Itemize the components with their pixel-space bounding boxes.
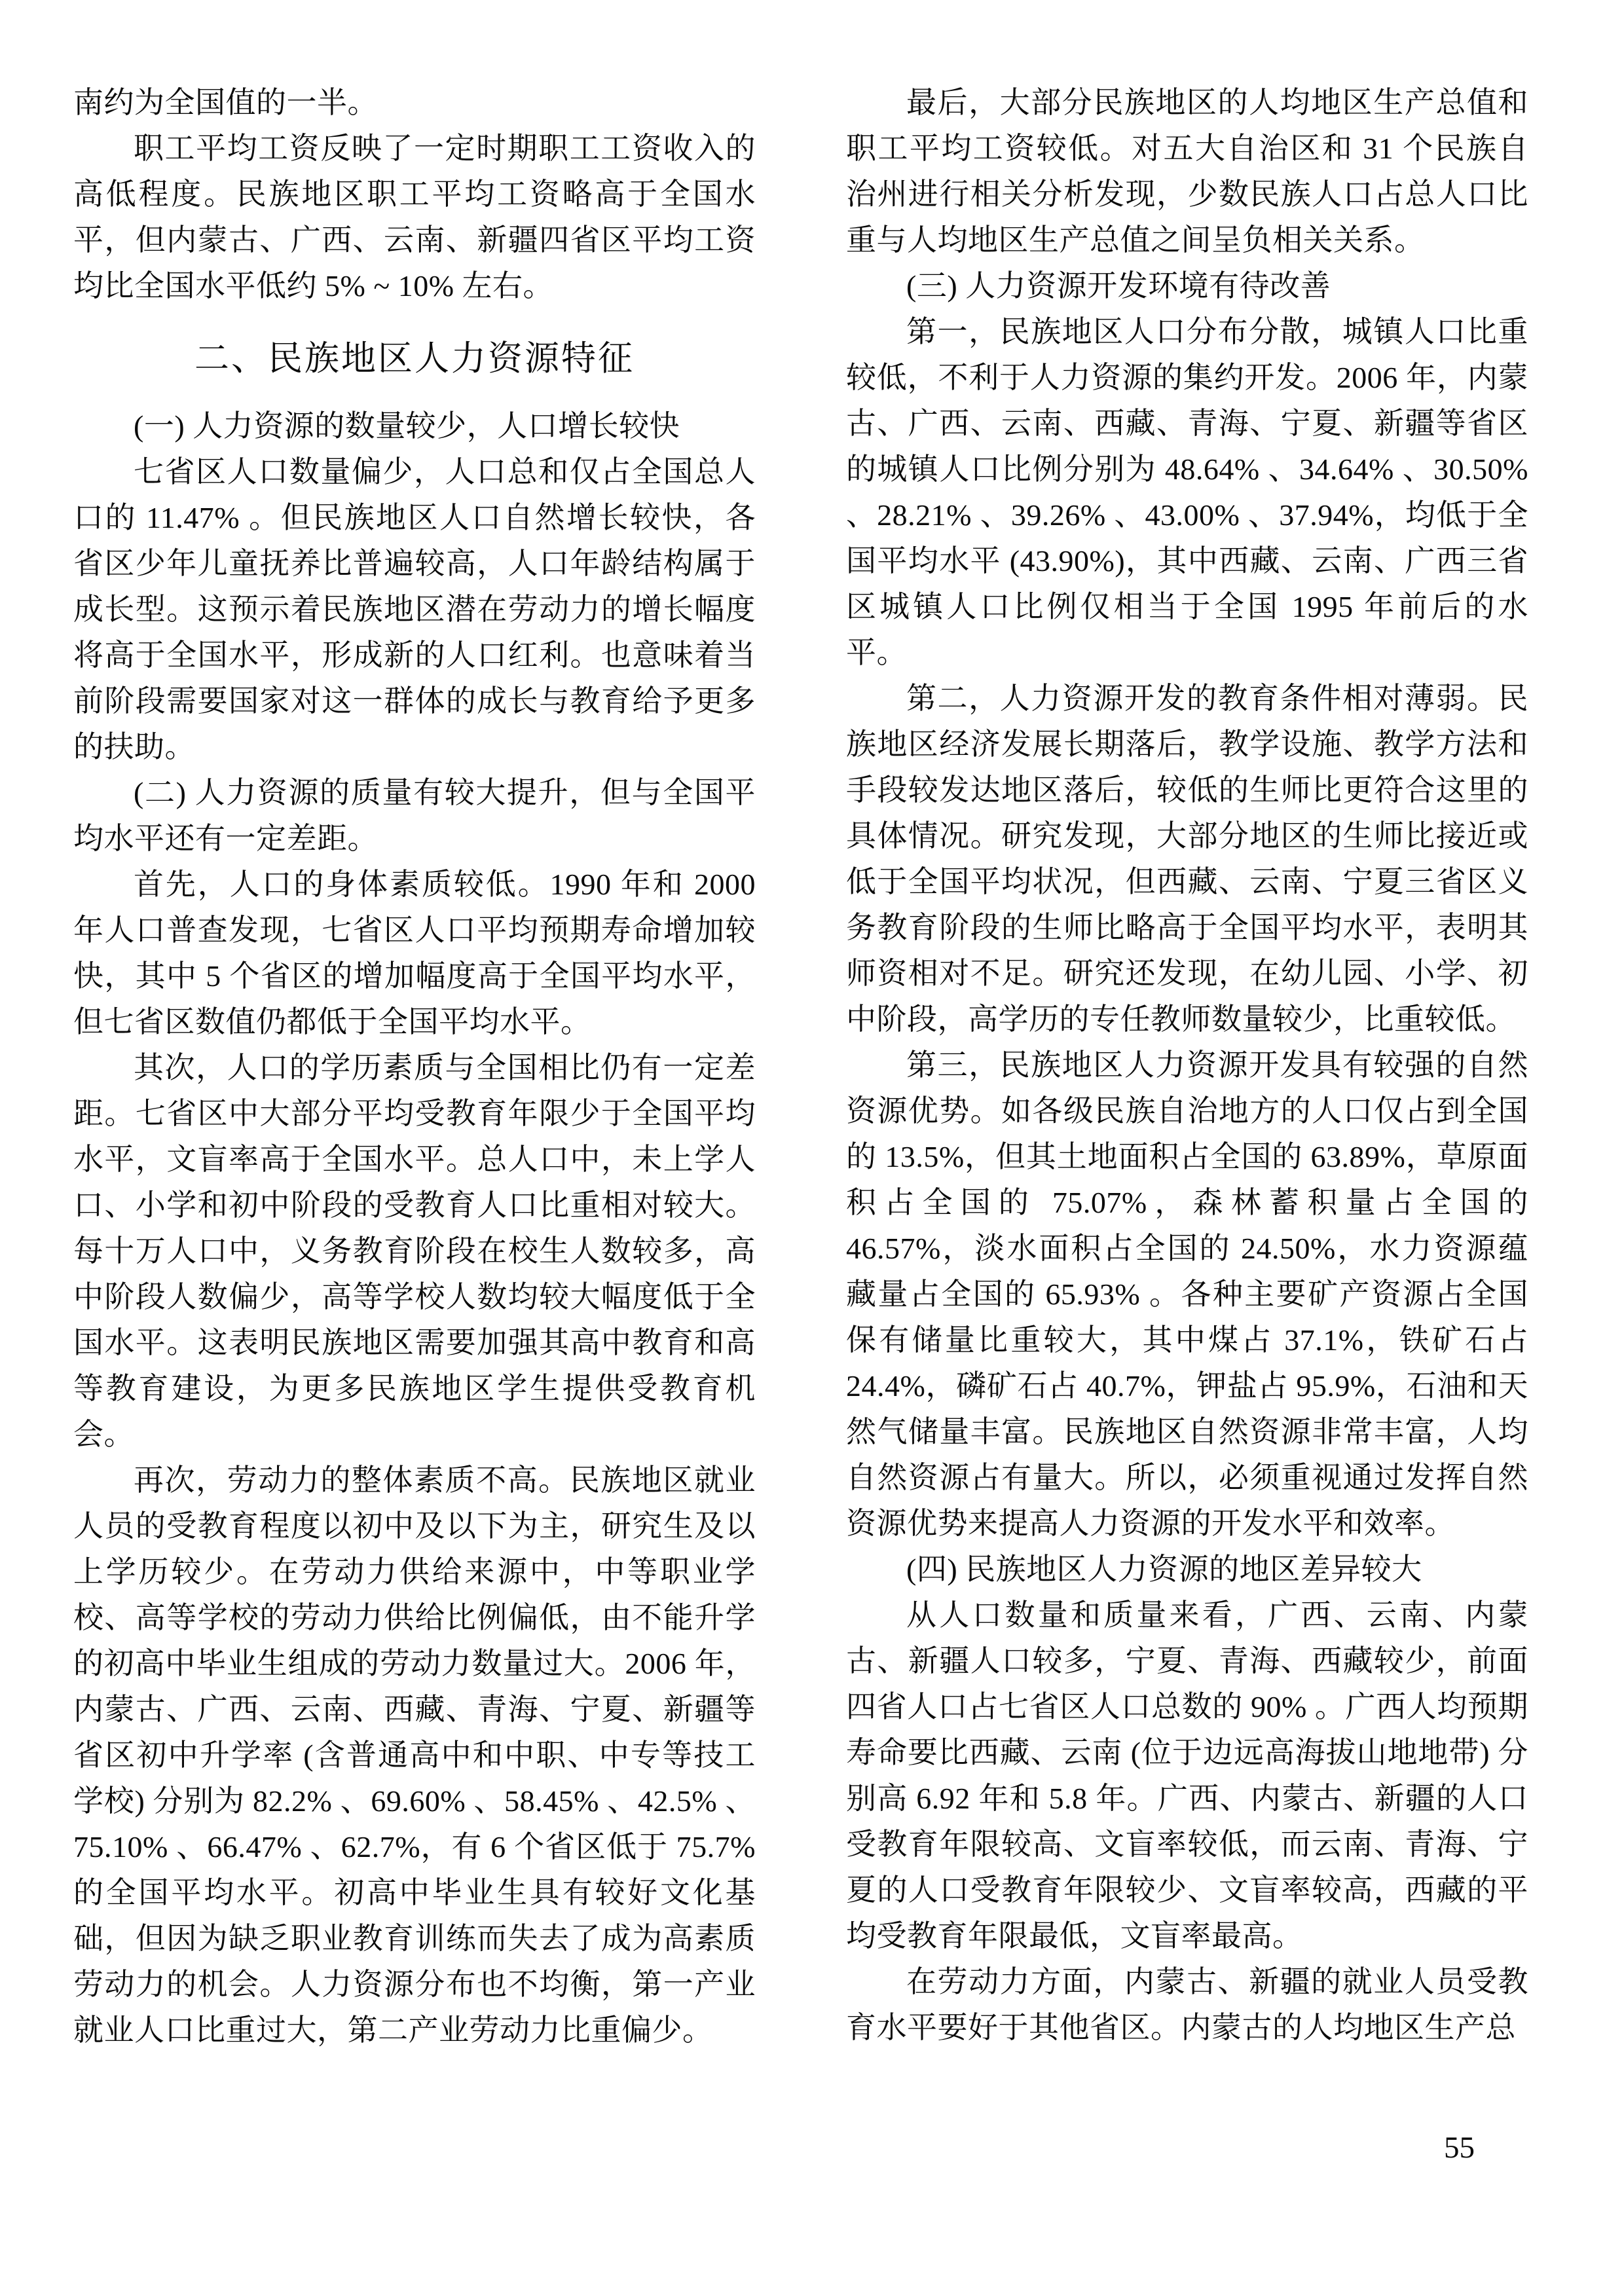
- paragraph: 最后，大部分民族地区的人均地区生产总值和职工平均工资较低。对五大自治区和 31 …: [846, 80, 1528, 263]
- paragraph: 南约为全国值的一半。: [73, 80, 756, 126]
- paragraph: 首先，人口的身体素质较低。1990 年和 2000 年人口普查发现，七省区人口平…: [73, 862, 756, 1045]
- paragraph: 从人口数量和质量来看，广西、云南、内蒙古、新疆人口较多，宁夏、青海、西藏较少，前…: [846, 1592, 1528, 1959]
- section-heading: 二、民族地区人力资源特征: [73, 309, 756, 403]
- page-number: 55: [1444, 2131, 1475, 2164]
- paragraph: 职工平均工资反映了一定时期职工工资收入的高低程度。民族地区职工平均工资略高于全国…: [73, 126, 756, 309]
- journal-page: 南约为全国值的一半。职工平均工资反映了一定时期职工工资收入的高低程度。民族地区职…: [0, 0, 1624, 2295]
- paragraph: (四) 民族地区人力资源的地区差异较大: [846, 1547, 1528, 1592]
- paragraph: 其次，人口的学历素质与全国相比仍有一定差距。七省区中大部分平均受教育年限少于全国…: [73, 1045, 756, 1458]
- left-column: 南约为全国值的一半。职工平均工资反映了一定时期职工工资收入的高低程度。民族地区职…: [73, 80, 756, 2053]
- right-column: 最后，大部分民族地区的人均地区生产总值和职工平均工资较低。对五大自治区和 31 …: [846, 80, 1528, 2051]
- paragraph: 第一，民族地区人口分布分散，城镇人口比重较低，不利于人力资源的集约开发。2006…: [846, 309, 1528, 676]
- paragraph: 再次，劳动力的整体素质不高。民族地区就业人员的受教育程度以初中及以下为主，研究生…: [73, 1458, 756, 2053]
- paragraph: (三) 人力资源开发环境有待改善: [846, 263, 1528, 309]
- paragraph: (一) 人力资源的数量较少，人口增长较快: [73, 403, 756, 449]
- paragraph: 第三，民族地区人力资源开发具有较强的自然资源优势。如各级民族自治地方的人口仅占到…: [846, 1042, 1528, 1547]
- paragraph: 在劳动力方面，内蒙古、新疆的就业人员受教育水平要好于其他省区。内蒙古的人均地区生…: [846, 1959, 1528, 2051]
- paragraph: 七省区人口数量偏少，人口总和仅占全国总人口的 11.47% 。但民族地区人口自然…: [73, 449, 756, 770]
- paragraph: (二) 人力资源的质量有较大提升，但与全国平均水平还有一定差距。: [73, 770, 756, 862]
- paragraph: 第二，人力资源开发的教育条件相对薄弱。民族地区经济发展长期落后，教学设施、教学方…: [846, 676, 1528, 1042]
